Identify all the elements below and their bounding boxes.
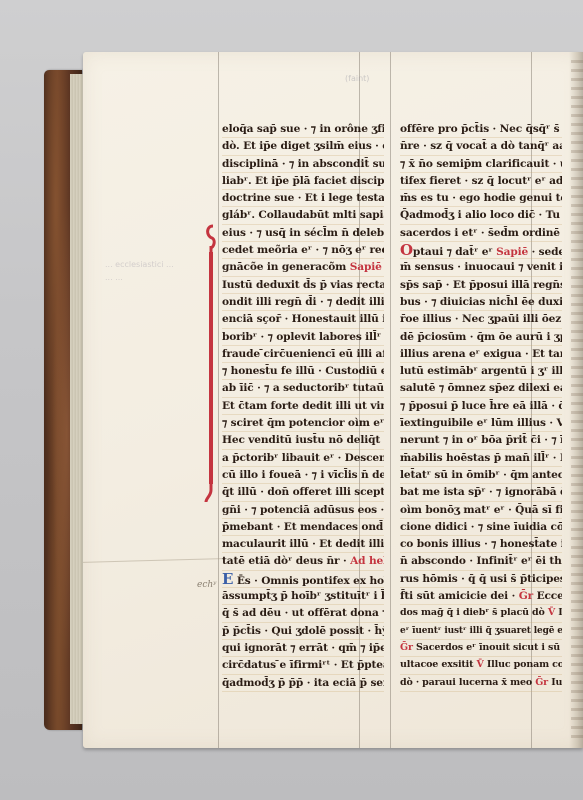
text-line: enciā sçor̄ · Honestauit illū i la	[222, 311, 384, 328]
text-line: Iustū deduxit d̄s p̄ vias rectas · et	[222, 277, 384, 294]
text-line: n̄ abscondo · Infinit̄ʳ eʳ ēi thau	[400, 553, 562, 570]
text-line: glábʳ. Collaudabūt mlti sapiāze	[222, 207, 384, 224]
rubric-heading: Sapiē	[496, 246, 528, 258]
text-line: bat me ista sp̄ʳ · ⁊ ignorābā q̄m	[400, 484, 562, 501]
text-line: Ḡr Sacerdos eʳ īnouit sicut i sū eʳ e…	[400, 640, 562, 657]
text-line: nerunt ⁊ in oʳ bōa p̄rit̄ c̄i · ⁊ īnu	[400, 432, 562, 449]
text-line: m̄abilis hoēstas p̄ man̄ ill̄ʳ · Et	[400, 450, 562, 467]
text-line: n̄re · sz q̄ vocat̄ a dò tanq̄ʳ aaron · …	[400, 138, 562, 155]
ruling-line-left-column-outer	[218, 52, 219, 748]
ruling-line-right-column-outer	[390, 52, 391, 748]
margin-note: echʸ	[197, 580, 216, 590]
text-line: dos maḡ q̄ i diebʳ s̄ placū dò V̄ Ido	[400, 605, 562, 622]
text-line: circ̄datus ̄e īfirmiʳᵗ · Et p̄ptea debe…	[222, 657, 384, 674]
text-line: p̄ p̄ct̄is · Qui ʒdolē possit · h̄ȳs	[222, 623, 384, 640]
rubric-abbreviation: V̄	[477, 659, 484, 670]
text-line: salutē ⁊ ōmnez sp̄ez dilexi eam ·	[400, 380, 562, 397]
text-line: ab īic̄ · ⁊ a seductoribʳ tutaū illū …	[222, 380, 384, 397]
text-line: liabʳ. Et ip̄e p̄lā faciet disciplinā	[222, 173, 384, 190]
text-line: boribʳ · ⁊ oplevit labores ill̄ʳ · In	[222, 329, 384, 346]
text-line: dē p̄ciosūm · q̄m ōe aurū i ʒpat̄e	[400, 329, 562, 346]
text-line: sacerdos i etʳ · s̄ed̄m ordinē melch̄	[400, 225, 562, 242]
text-fragment: gnācõe in generacõm	[222, 261, 346, 273]
blue-initial: E	[222, 571, 233, 588]
red-initial-I-flourish	[204, 222, 218, 502]
text-line: īextinguibile eʳ lūm illius · Ve	[400, 415, 562, 432]
rubric-heading: Sapiē	[350, 261, 382, 273]
text-line: dò. Et ip̄e diget ʒsilm̄ eius · et	[222, 138, 384, 155]
text-line: r̄oe illius · Nec ʒpaūi illi ōez lapi	[400, 311, 562, 328]
text-line: m̄ sensus · inuocaui ⁊ venit i me	[400, 259, 562, 276]
text-line: gnācõe in generacõm Sapiē	[222, 259, 384, 276]
text-line: tifex fieret · sz q̄ locutʳ eʳ ad eū fi…	[400, 173, 562, 190]
text-line: sp̄s sap̄ · Et p̄posui illā regn̄s ⁊ se…	[400, 277, 562, 294]
text-line: cū illo i foueā · ⁊ i vīcl̄is n̄ deli	[222, 467, 384, 484]
text-line: cione didici · ⁊ sine īuidia cōi	[400, 519, 562, 536]
text-line: ultacoe exsitit V̄ Illuc ponam cornu	[400, 657, 562, 674]
text-fragment: Ido	[555, 607, 562, 618]
text-line: doctrine sue · Et i lege testam̄ti dñi	[222, 190, 384, 207]
text-line: gn̄i · ⁊ potenciā adūsus eos · q̄ eʳ d…	[222, 502, 384, 519]
text-fragment: Sacerdos eʳ īnouit sicut i sū eʳ ex	[413, 642, 562, 653]
text-line: ⁊ x̄ n̄o semip̄m clarificauit · ut po	[400, 156, 562, 173]
text-line: ⁊ honest̄u fe illū · Custodiū eū	[222, 363, 384, 380]
page-crease	[83, 558, 223, 565]
text-fragment: dò · paraui lucerna x̄ meo	[400, 677, 535, 688]
running-head: (faint)	[345, 74, 369, 83]
text-line: qui ignorāt ⁊ errāt · qm̄ ⁊ ip̄e	[222, 640, 384, 657]
text-line: Et c̄tam forte dedit illi ut vinc̄et ·	[222, 398, 384, 415]
rubric-abbreviation: V̄	[548, 607, 555, 618]
text-fragment: · sedech	[528, 246, 562, 258]
text-line: maculaurit illū · Et dedit illi clari	[222, 536, 384, 553]
text-line: illius arena eʳ exigua · Et tanq̄ʳ	[400, 346, 562, 363]
text-line: E Ēs · Omnis pontifex ex hoībʳ	[222, 571, 384, 588]
show-through-line: ... ...	[105, 271, 174, 284]
facing-page-edge	[571, 60, 583, 740]
text-fragment: Illuc ponam cornu	[484, 659, 562, 670]
show-through-line: ... ecclesiastici ...	[105, 258, 174, 271]
text-fragment: tatē etiā dòʳ deus n̄r ·	[222, 555, 347, 567]
text-fragment: ptaui ⁊ dat̄ʳ eʳ	[413, 246, 496, 258]
text-line: ⁊ p̄posui p̄ luce h̄re eā illā · q̄m	[400, 398, 562, 415]
text-fragment: Ēs · Omnis pontifex ex hoībʳ	[237, 575, 384, 587]
text-line: oìm bonōʒ matʳ eʳ · Q̄uā sī fic	[400, 502, 562, 519]
text-fragment: Iurauit d̄s i no	[548, 677, 562, 688]
text-line: ondit illi regn̄ d̄i · ⁊ dedit illi sc̄	[222, 294, 384, 311]
text-line: rus hōmis · q̄ q̄ usi s̄ p̄ticipes	[400, 571, 562, 588]
left-text-column: eloq̄a sap̄ sue · ⁊ in orône ʒfitebitʳ d…	[222, 121, 384, 692]
text-line: offēre pro p̄ct̄is · Nec q̄sq̄ʳ s̄ sumi…	[400, 121, 562, 138]
text-line: q̄ s̄ ad dēu · ut offērat dona ⁊ sacri…	[222, 605, 384, 622]
text-fragment: ultacoe exsitit	[400, 659, 477, 670]
text-line: m̄s es tu · ego hodie genui te ·	[400, 190, 562, 207]
rubric-abbreviation: Ḡr	[535, 677, 548, 688]
text-line: fraude ̄circ̄ueniencī eū illi affuit ·	[222, 346, 384, 363]
text-line: co bonis illius · ⁊ honest̄ate ill̄ʳ	[400, 536, 562, 553]
text-line: Q̄admod̄ʒ i alio loco dic̄ · Tu es	[400, 207, 562, 224]
text-line: q̄admod̄ʒ p̄ p̄p̄ · ita eciā p̄ semip̄o	[222, 675, 384, 692]
rubric-abbreviation: Ḡr	[519, 590, 533, 602]
text-line: Optaui ⁊ dat̄ʳ eʳ Sapiē · sedech	[400, 242, 562, 259]
text-line: a p̄ctoribʳ libauit eʳ · Descenditʳq̄ʒ	[222, 450, 384, 467]
page-edges	[70, 74, 84, 724]
text-line: let̄atʳ sū in ōmibʳ · q̄m anteced	[400, 467, 562, 484]
text-fragment: Ecce sā	[533, 590, 562, 602]
text-line: cedet meõria eʳ · ⁊ nōʒ eʳ requiret a	[222, 242, 384, 259]
right-text-column: offēre pro p̄ct̄is · Nec q̄sq̄ʳ s̄ sumi…	[400, 121, 562, 692]
rubric-abbreviation: Ḡr	[400, 642, 413, 653]
text-line: f̄ti sūt amicicie dei · Ḡr Ecce sā	[400, 588, 562, 605]
text-line: Hec venditū iust̄u nō deliq̄t · sz	[222, 432, 384, 449]
red-initial: O	[400, 242, 413, 259]
text-line: āssumpt̄ʒ p̄ hoībʳ ʒstituītʳ i h̄ȳs	[222, 588, 384, 605]
text-line: eloq̄a sap̄ sue · ⁊ in orône ʒfitebitʳ	[222, 121, 384, 138]
text-fragment: dos maḡ q̄ i diebʳ s̄ placū dò	[400, 607, 548, 618]
text-fragment: f̄ti sūt amicicie dei ·	[400, 590, 519, 602]
text-line: eʳ īuentʳ iustʳ illi q̄ ʒsuaret legē e…	[400, 623, 562, 640]
show-through-text: ... ecclesiastici ... ... ...	[105, 258, 174, 284]
text-line: p̄mebant · Et mendaces ond̄ q̄m	[222, 519, 384, 536]
text-line: q̄t illū · don̄ offeret illi sceptr̄u r…	[222, 484, 384, 501]
text-line: ⁊ sciret q̄m potencior oìm eʳ sap̄ʳ ·	[222, 415, 384, 432]
text-line: lutū estimābʳ argentū i ʒʳ illiʳ · Su…	[400, 363, 562, 380]
text-line: bus · ⁊ diuicias nich̄l ēe duxi i ʒpa	[400, 294, 562, 311]
text-line: tatē etiā dòʳ deus n̄r · Ad hebrē	[222, 553, 384, 570]
text-line: disciplinā · ⁊ in abscondit̄ suis ʒsi	[222, 156, 384, 173]
text-line: eius · ⁊ usq̄ in sécl̄m n̄ delebʳ · No r…	[222, 225, 384, 242]
rubric-heading: Ad hebrē	[350, 555, 384, 567]
text-line: dò · paraui lucerna x̄ meo Ḡr Iurauit d…	[400, 675, 562, 692]
